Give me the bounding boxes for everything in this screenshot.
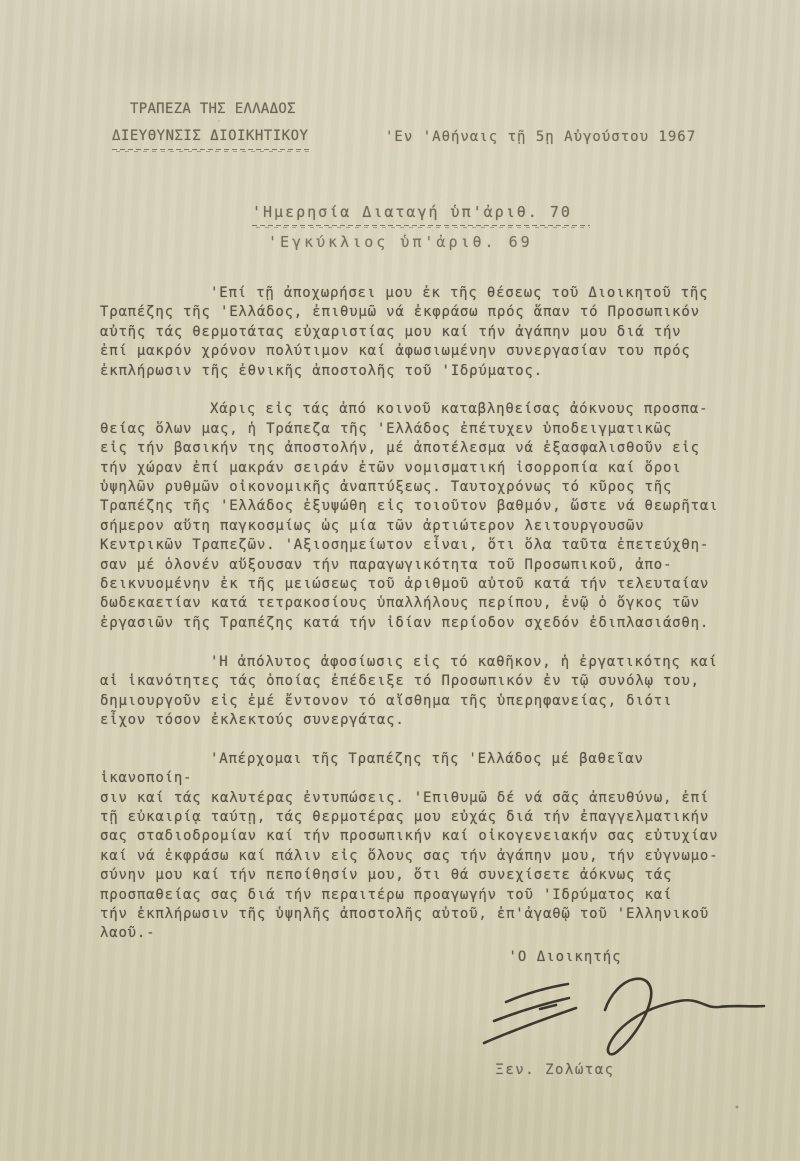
signer-role: 'Ο Διοικητής: [480, 949, 650, 965]
org-department: ΔΙΕΥΘΥΝΣΙΣ ΔΙΟΙΚΗΤΙΚΟΥ: [112, 128, 308, 144]
paragraph-2: Χάρις εἰς τάς ἀπό κοινοῦ καταβληθείσας ἀ…: [100, 400, 725, 633]
paragraph-3: 'Η ἀπόλυτος ἀφοσίωσις εἰς τό καθῆκον, ἡ …: [100, 653, 725, 731]
title-underline: [252, 225, 590, 228]
letter-body: 'Επί τῇ ἀποχωρήσει μου ἐκ τῆς θέσεως τοῦ…: [100, 284, 725, 963]
scanned-letter-page: ΤΡΑΠΕΖΑ ΤΗΣ ΕΛΛΑΔΟΣ ΔΙΕΥΘΥΝΣΙΣ ΔΙΟΙΚΗΤΙΚ…: [0, 0, 800, 1161]
circular-subtitle: 'Εγκύκλιος ὑπ'ἀριθ. 69: [268, 233, 533, 251]
dateline: 'Εν 'Αθήναις τῇ 5ῃ Αὐγούστου 1967: [385, 129, 696, 145]
daily-order-title: 'Ημερησία Διαταγή ὑπ'ἀριθ. 70: [252, 203, 572, 221]
paragraph-4: 'Απέρχομαι τῆς Τραπέζης τῆς 'Ελλάδος μέ …: [100, 750, 725, 944]
handwritten-signature: [472, 975, 772, 1065]
department-underline: [112, 149, 312, 152]
org-name: ΤΡΑΠΕΖΑ ΤΗΣ ΕΛΛΑΔΟΣ: [130, 101, 296, 117]
paragraph-1: 'Επί τῇ ἀποχωρήσει μου ἐκ τῆς θέσεως τοῦ…: [100, 284, 725, 381]
signer-name: Ξεν. Ζολώτας: [470, 1062, 640, 1078]
